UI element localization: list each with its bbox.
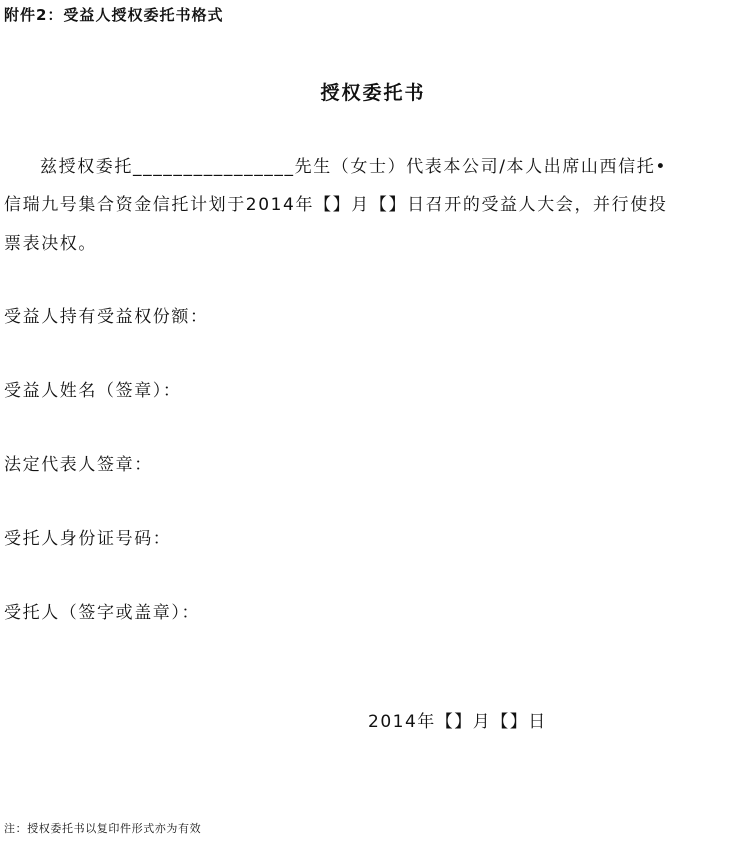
field-legal-rep-seal: 法定代表人签章： [4, 450, 153, 475]
body-line-1: 兹授权委托________________先生（女士）代表本公司/本人出席山西信… [40, 152, 667, 177]
date-line: 2014年【】月【】日 [368, 707, 547, 732]
field-trustee-id-number: 受托人身份证号码： [4, 524, 171, 549]
field-trustee-signature: 受托人（签字或盖章）： [4, 598, 200, 623]
field-beneficiary-share: 受益人持有受益权份额： [4, 302, 209, 327]
body-line-2: 信瑞九号集合资金信托计划于2014年【】月【】日召开的受益人大会，并行使投 [4, 190, 667, 215]
footnote: 注：授权委托书以复印件形式亦为有效 [4, 820, 201, 836]
document-title: 授权委托书 [0, 78, 746, 105]
field-beneficiary-name: 受益人姓名（签章）： [4, 376, 182, 401]
attachment-heading: 附件2：受益人授权委托书格式 [4, 4, 223, 25]
body-line-3: 票表决权。 [4, 229, 97, 254]
